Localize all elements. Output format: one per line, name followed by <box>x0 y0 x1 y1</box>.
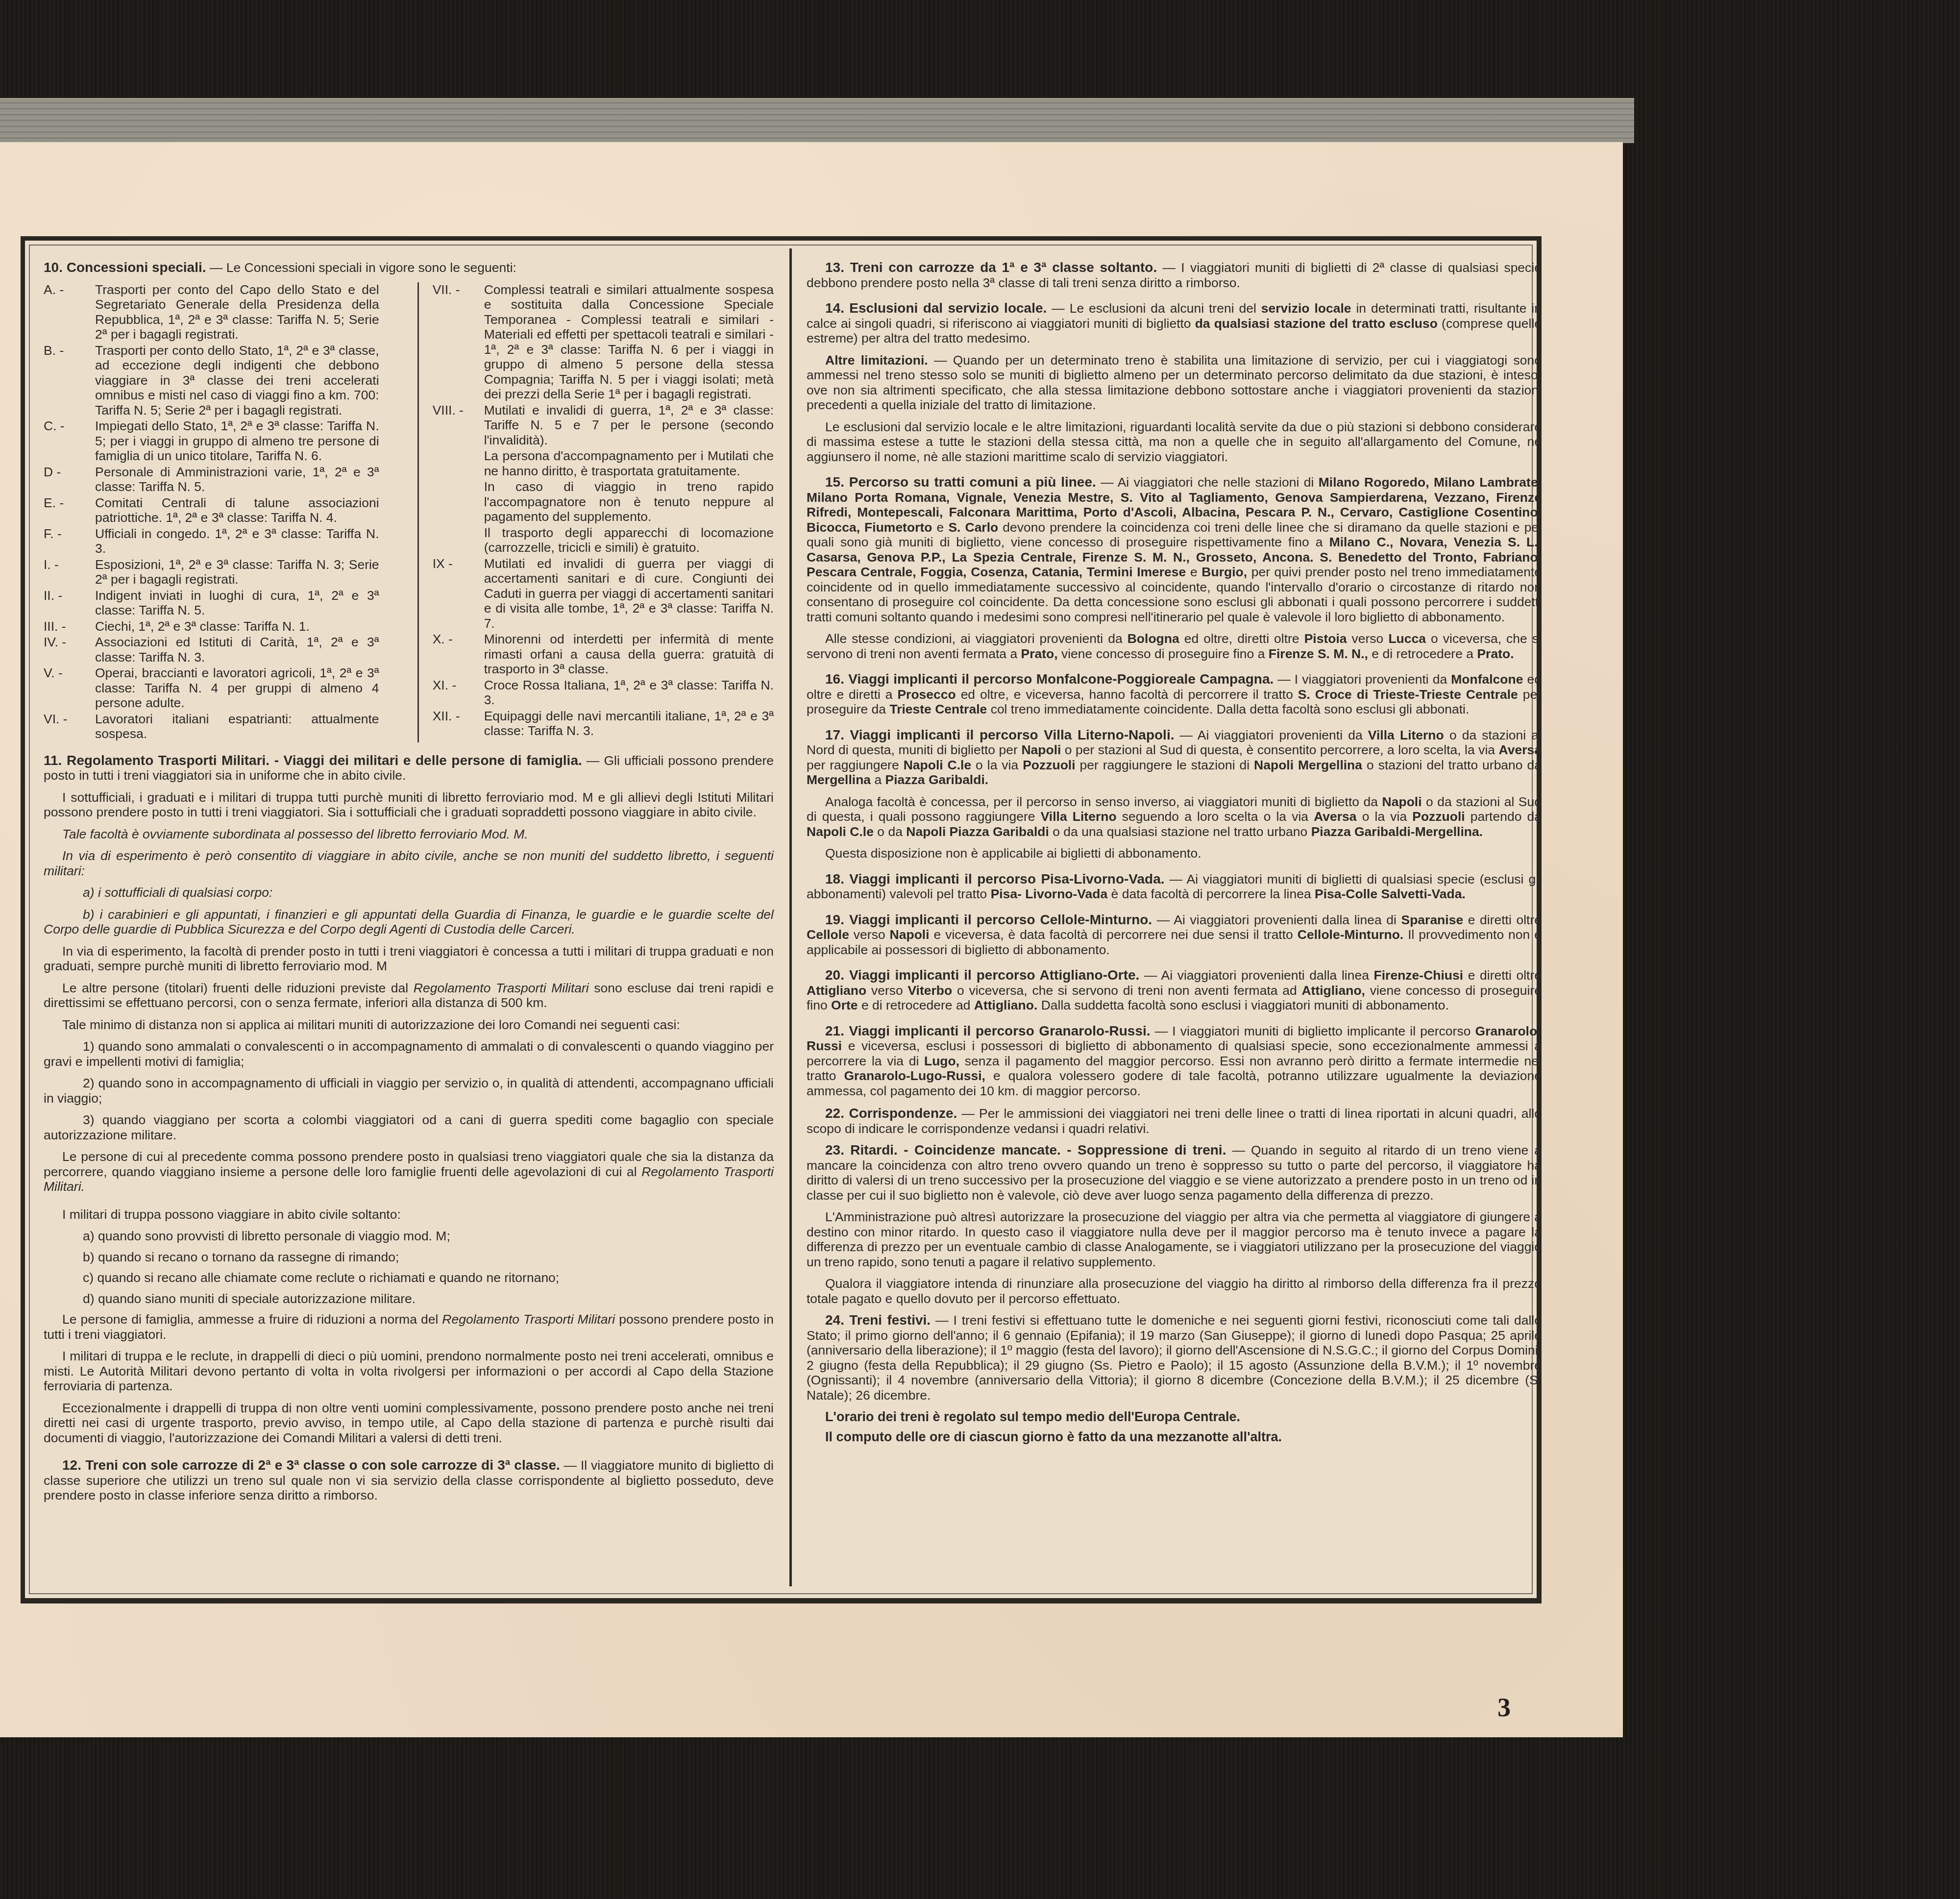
concession-item: XI. -Croce Rossa Italiana, 1ª, 2ª e 3ª c… <box>433 678 774 708</box>
section-21: 21. Viaggi implicanti il percorso Granar… <box>807 1024 1542 1099</box>
concession-item: VI. -Lavoratori italiani espatrianti: at… <box>44 712 379 741</box>
concession-item: A. -Trasporti per conto del Capo dello S… <box>44 282 379 342</box>
section-20: 20. Viaggi implicanti il percorso Attigl… <box>807 968 1542 1013</box>
section-19-title: 19. Viaggi implicanti il percorso Cellol… <box>825 912 1152 927</box>
section-24-title: 24. Treni festivi. <box>825 1312 931 1328</box>
concession-item: D -Personale di Amministrazioni varie, 1… <box>44 465 379 494</box>
paragraph: Eccezionalmente i drappelli di truppa di… <box>44 1401 774 1446</box>
paragraph: Le persone di cui al precedente comma po… <box>44 1149 774 1194</box>
paragraph: Le altre persone (titolari) fruenti dell… <box>44 981 774 1011</box>
list-item: 2) quando sono in accompagnamento di uff… <box>44 1076 774 1106</box>
paragraph: Qualora il viaggiatore intenda di rinunz… <box>807 1276 1542 1306</box>
concession-item: VII. -Complessi teatrali e similari attu… <box>433 282 774 402</box>
concession-item: VIII. -Mutilati e invalidi di guerra, 1ª… <box>433 403 774 448</box>
paragraph: Tale facoltà è ovviamente subordinata al… <box>44 827 774 842</box>
section-10-title: 10. Concessioni speciali. <box>44 260 206 275</box>
section-21-title: 21. Viaggi implicanti il percorso Granar… <box>825 1023 1151 1038</box>
paragraph: In via di esperimento è però consentito … <box>44 848 774 878</box>
list-item: a) i sottufficiali di qualsiasi corpo: <box>44 885 774 900</box>
section-16: 16. Viaggi implicanti il percorso Monfal… <box>807 672 1542 717</box>
right-column: 13. Treni con carrozze da 1ª e 3ª classe… <box>807 260 1542 1449</box>
section-11-title: 11. Regolamento Trasporti Militari. - Vi… <box>44 753 582 768</box>
paragraph: Questa disposizione non è applicabile ai… <box>807 846 1542 861</box>
concession-item: X. -Minorenni od interdetti per infermit… <box>433 632 774 677</box>
section-11: 11. Regolamento Trasporti Militari. - Vi… <box>44 753 774 1446</box>
paragraph: Le esclusioni dal servizio locale e le a… <box>807 419 1542 465</box>
section-12-title: 12. Treni con sole carrozze di 2ª e 3ª c… <box>62 1457 560 1473</box>
concession-item: III. -Ciechi, 1ª, 2ª e 3ª classe: Tariff… <box>44 619 379 634</box>
section-13-title: 13. Treni con carrozze da 1ª e 3ª classe… <box>825 260 1157 275</box>
day-count-note: Il computo delle ore di ciascun giorno è… <box>825 1430 1542 1445</box>
section-22: 22. Corrispondenze. — Per le ammissioni … <box>807 1106 1542 1136</box>
section-18: 18. Viaggi implicanti il percorso Pisa-L… <box>807 872 1542 902</box>
list-item: a) quando sono provvisti di libretto per… <box>83 1229 774 1244</box>
concession-note: Il trasporto degli apparecchi di locomaz… <box>484 525 774 555</box>
paragraph: Le persone di famiglia, ammesse a fruire… <box>44 1312 774 1342</box>
section-20-title: 20. Viaggi implicanti il percorso Attigl… <box>825 967 1139 983</box>
list-item: c) quando si recano alle chiamate come r… <box>83 1270 774 1285</box>
concession-item: V. -Operai, braccianti e lavoratori agri… <box>44 666 379 711</box>
paragraph: I militari di truppa possono viaggiare i… <box>44 1207 774 1222</box>
section-17-title: 17. Viaggi implicanti il percorso Villa … <box>825 727 1174 742</box>
list-item: b) i carabinieri e gli appuntati, i fina… <box>44 907 774 937</box>
section-13: 13. Treni con carrozze da 1ª e 3ª classe… <box>807 260 1542 290</box>
concession-item: II. -Indigent inviati in luoghi di cura,… <box>44 588 379 618</box>
paragraph: I militari di truppa e le reclute, in dr… <box>44 1349 774 1394</box>
time-zone-note: L'orario dei treni è regolato sul tempo … <box>825 1409 1542 1425</box>
section-10: 10. Concessioni speciali. — Le Concessio… <box>44 260 774 742</box>
section-17: 17. Viaggi implicanti il percorso Villa … <box>807 728 1542 861</box>
concession-item: C. -Impiegati dello Stato, 1ª, 2ª e 3ª c… <box>44 419 379 464</box>
altre-limitazioni-title: Altre limitazioni. <box>825 353 928 368</box>
concession-item: XII. -Equipaggi delle navi mercantili it… <box>433 709 774 739</box>
book-page: 10. Concessioni speciali. — Le Concessio… <box>0 142 1623 1737</box>
concession-item: IV. -Associazioni ed Istituti di Carità,… <box>44 635 379 665</box>
paragraph: L'Amministrazione può altresì autorizzar… <box>807 1209 1542 1269</box>
concessions-col-b: VII. -Complessi teatrali e similari attu… <box>417 282 774 742</box>
list-item: b) quando si recano o tornano da rassegn… <box>83 1250 774 1265</box>
paragraph: Tale minimo di distanza non si applica a… <box>44 1017 774 1033</box>
list-item: 1) quando sono ammalati o convalescenti … <box>44 1039 774 1069</box>
section-12: 12. Treni con sole carrozze di 2ª e 3ª c… <box>44 1458 774 1503</box>
section-23: 23. Ritardi. - Coincidenze mancate. - So… <box>807 1143 1542 1306</box>
left-column: 10. Concessioni speciali. — Le Concessio… <box>44 260 774 1510</box>
concession-note: La persona d'accompagnamento per i Mutil… <box>484 448 774 478</box>
text-frame: 10. Concessioni speciali. — Le Concessio… <box>21 236 1542 1603</box>
page-number: 3 <box>1497 1692 1511 1723</box>
section-22-title: 22. Corrispondenze. <box>825 1106 957 1121</box>
section-24: 24. Treni festivi. — I treni festivi si … <box>807 1313 1542 1403</box>
closing-notes: L'orario dei treni è regolato sul tempo … <box>807 1409 1542 1444</box>
section-18-title: 18. Viaggi implicanti il percorso Pisa-L… <box>825 871 1164 887</box>
section-10-intro: — Le Concessioni speciali in vigore sono… <box>206 260 516 275</box>
section-15-title: 15. Percorso su tratti comuni a più line… <box>825 474 1096 490</box>
paragraph: In via di esperimento, la facoltà di pre… <box>44 944 774 974</box>
concession-item: B. -Trasporti per conto dello Stato, 1ª,… <box>44 343 379 418</box>
paragraph: I sottufficiali, i graduati e i militari… <box>44 790 774 820</box>
section-16-title: 16. Viaggi implicanti il percorso Monfal… <box>825 671 1274 687</box>
section-15: 15. Percorso su tratti comuni a più line… <box>807 475 1542 661</box>
list-item: 3) quando viaggiano per scorta a colombi… <box>44 1112 774 1142</box>
book-page-edges <box>0 98 1634 143</box>
concession-note: In caso di viaggio in treno rapido l'acc… <box>484 479 774 524</box>
concessions-col-a: A. -Trasporti per conto del Capo dello S… <box>44 282 379 742</box>
section-14: 14. Esclusioni dal servizio locale. — Le… <box>807 301 1542 464</box>
section-19: 19. Viaggi implicanti il percorso Cellol… <box>807 913 1542 958</box>
concession-item: E. -Comitati Centrali di talune associaz… <box>44 495 379 525</box>
concession-item: F. -Ufficiali in congedo. 1ª, 2ª e 3ª cl… <box>44 526 379 556</box>
column-divider <box>789 248 792 1586</box>
list-item: d) quando siano muniti di speciale autor… <box>83 1291 774 1307</box>
concession-item: I. -Esposizioni, 1ª, 2ª e 3ª classe: Tar… <box>44 557 379 587</box>
concessions-list: A. -Trasporti per conto del Capo dello S… <box>44 282 774 742</box>
section-23-title: 23. Ritardi. - Coincidenze mancate. - So… <box>825 1142 1226 1158</box>
concession-item: IX -Mutilati ed invalidi di guerra per v… <box>433 556 774 631</box>
section-14-title: 14. Esclusioni dal servizio locale. <box>825 300 1047 316</box>
civil-dress-conditions: a) quando sono provvisti di libretto per… <box>44 1229 774 1306</box>
